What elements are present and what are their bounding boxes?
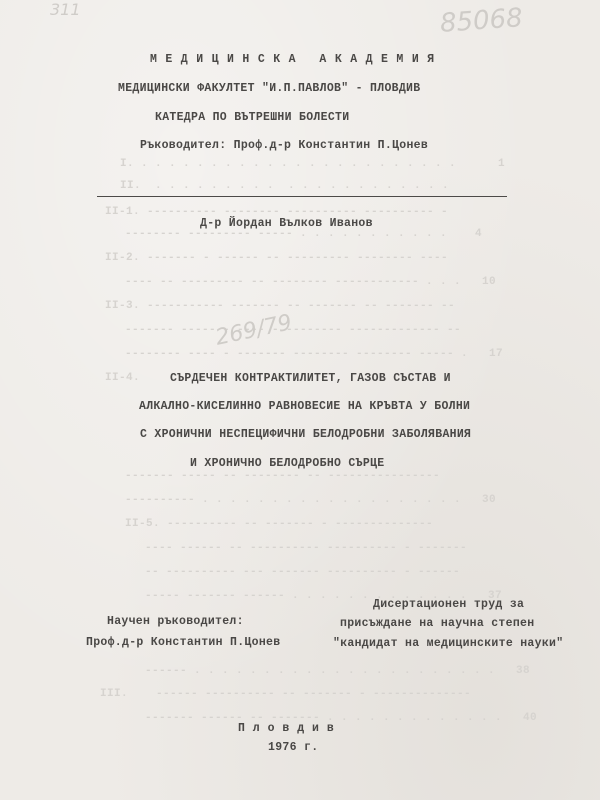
handwritten-mark: 311 xyxy=(50,0,81,19)
header-divider xyxy=(97,196,507,197)
document-page: I. . . . . . . . . . . . . . . . . . . .… xyxy=(0,0,600,800)
bleed-through-text: ------- ----- -- -------- -- -----------… xyxy=(125,470,440,482)
handwritten-archive-number: 85068 xyxy=(439,3,524,39)
faculty-name: МЕДИЦИНСКИ ФАКУЛТЕТ "И.П.ПАВЛОВ" - ПЛОВД… xyxy=(118,82,420,95)
bleed-through-text: ---------- . . . . . . . . . . . . . . .… xyxy=(125,494,496,506)
handwritten-registry-number: 269/79 xyxy=(213,310,294,351)
dissertation-line-1: Дисертационен труд за xyxy=(373,598,524,611)
title-line-1: СЪРДЕЧЕН КОНТРАКТИЛИТЕТ, ГАЗОВ СЪСТАВ И xyxy=(170,372,451,385)
title-line-2: АЛКАЛНО-КИСЕЛИННО РАВНОВЕСИЕ НА КРЪВТА У… xyxy=(139,400,470,413)
bleed-through-text: I. . . . . . . . . . . . . . . . . . . .… xyxy=(120,158,505,170)
bleed-through-text: ------ . . . . . . . . . . . . . . . . .… xyxy=(145,665,530,677)
bleed-through-text: ------- ------ -- ------- . . . . . . . … xyxy=(145,712,537,724)
supervisor-label: Научен ръководител: xyxy=(107,615,244,628)
bleed-through-text: III. ------ ---------- -- ------- - ----… xyxy=(100,688,471,700)
department-head: Ръководител: Проф.д-р Константин П.Цонев xyxy=(140,139,428,152)
bleed-through-text: II-2. ------- - ------ -- --------- ----… xyxy=(105,252,448,264)
title-line-4: И ХРОНИЧНО БЕЛОДРОБНО СЪРЦЕ xyxy=(190,457,384,470)
bleed-through-text: II-5. ---------- -- ------- - ----------… xyxy=(125,518,433,530)
dissertation-line-3: "кандидат на медицинските науки" xyxy=(333,637,563,650)
bleed-through-text: ---- -- --------- -- -------- ----------… xyxy=(125,276,496,288)
bleed-through-text: ---- ------ -- ---------- ---------- - -… xyxy=(145,542,467,554)
bleed-through-text: II-3. ----------- ------- -- ------- -- … xyxy=(105,300,455,312)
title-line-3: С ХРОНИЧНИ НЕСПЕЦИФИЧНИ БЕЛОДРОБНИ ЗАБОЛ… xyxy=(140,428,471,441)
author-name: Д-р Йордан Вълков Иванов xyxy=(200,217,373,230)
bleed-through-text: II. . . . . . . . . . . . . . . . . . . … xyxy=(120,180,449,192)
bleed-through-text: -------- ---- - ------- -------- -------… xyxy=(125,348,503,360)
bleed-through-text: II-4. xyxy=(105,372,140,384)
academy-name: М Е Д И Ц И Н С К А А К А Д Е М И Я xyxy=(150,53,435,66)
supervisor-name: Проф.д-р Константин П.Цонев xyxy=(86,636,280,649)
department-name: КАТЕДРА ПО ВЪТРЕШНИ БОЛЕСТИ xyxy=(155,111,349,124)
bleed-through-text: -- ---------- --- ------- ---------- - -… xyxy=(145,566,460,578)
year: 1976 г. xyxy=(268,741,318,754)
dissertation-line-2: присъждане на научна степен xyxy=(340,617,534,630)
city: П л о в д и в xyxy=(238,722,334,735)
